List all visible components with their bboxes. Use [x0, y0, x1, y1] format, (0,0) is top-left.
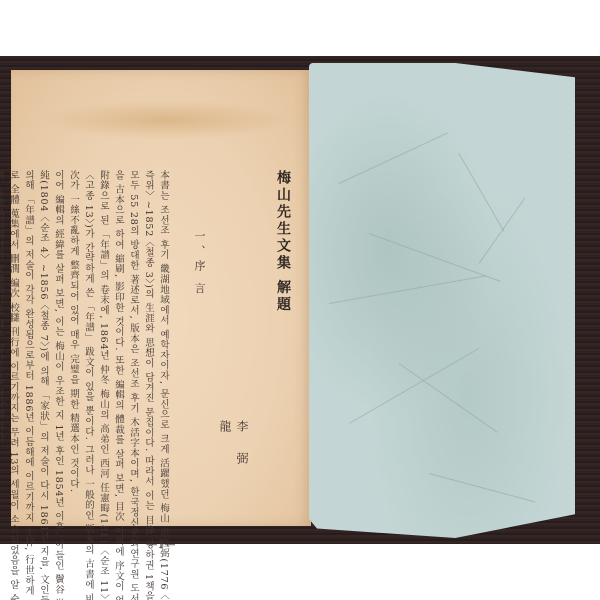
cover-texture: [459, 153, 505, 231]
left-page: 梅山先生文集 解題 李 弼 龍 一、序 言 本書는 조선조 후기 畿湖地域에서 …: [11, 70, 311, 526]
cover-texture: [429, 473, 536, 502]
text-column: 〈고종 13〉)가 간략하게 쓴 「年譜」 跋文이 있을 뿐이다. 그러나 一般…: [81, 170, 96, 490]
book-title: 梅山先生文集 解題: [273, 170, 293, 500]
text-column: 즉위〉~1852〈철종 3〉)의 生涯와 思想이 담겨진 문집이다. 따라서 이…: [141, 170, 156, 490]
page-number: —1—: [11, 538, 311, 551]
text-columns: 梅山先生文集 解題 李 弼 龍 一、序 言 本書는 조선조 후기 畿湖地域에서 …: [0, 170, 301, 500]
cover-texture: [329, 275, 487, 304]
text-column: 을 古本으로 하여 縮刷, 影印한 것이다. 또한 編輯의 體裁를 살펴 보면,…: [111, 170, 126, 490]
cover-texture: [479, 198, 526, 264]
text-column: 의해 「年譜」의 저술이 각각 완성됨으로부터 1886년 이듬해에 이르기까지…: [21, 170, 36, 490]
cover-texture: [349, 348, 479, 424]
text-column: 이어 編輯의 經緯를 살펴 보면, 이는 梅山이 우조한 지 1년 후인 185…: [51, 170, 66, 490]
text-column: 附錄으로 된 「年譜」의 卷末에, 1864년 仲冬 梅山의 高弟인 西河 任憲…: [96, 170, 111, 490]
text-column: 로 全體 蒐集에서 刪潤 編次 校讎 刊行에 이르기까지는 무려 13의 세월이…: [6, 170, 21, 490]
text-column: 모두 55 28의 방대한 著述로서, 版本은 조선조 후기 木活字本이며, 한…: [126, 170, 141, 490]
right-cover: [309, 63, 575, 538]
cover-texture: [339, 132, 448, 184]
text-column: 次가 一絲不亂하게 整齊되어 있어 매우 完璧을 期한 精選本인 것이다.: [66, 170, 81, 490]
author-name: 李 弼 龍: [217, 170, 251, 500]
text-column: 本書는 조선조 후기 畿湖地域에서 예학자이자, 문신으로 크게 活躍했던 梅山…: [156, 170, 171, 490]
text-column: 純(1804〈순조 4〉~1856〈철종 7〉)에 의해 「家狀」의 저술이 다…: [36, 170, 51, 490]
page-stain: [41, 100, 291, 140]
cover-texture: [399, 363, 498, 433]
section-heading: 一、序 言: [191, 170, 207, 500]
